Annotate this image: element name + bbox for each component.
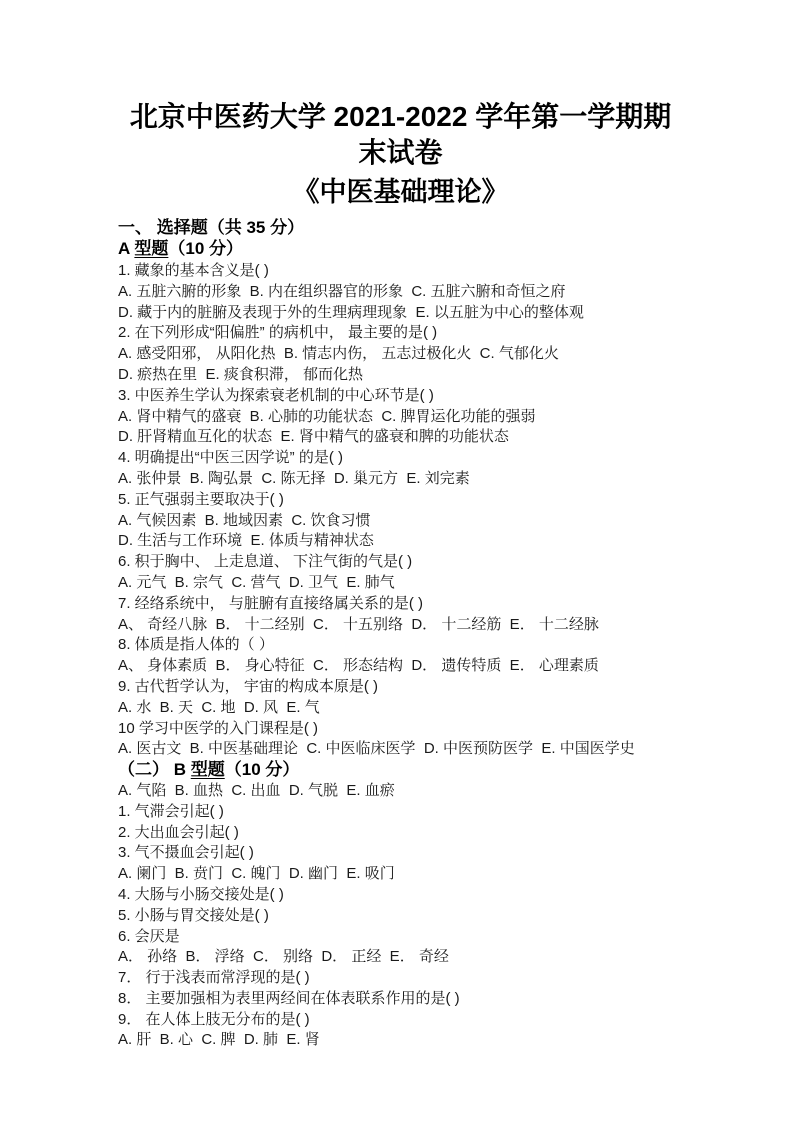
options-line: D. 瘀热在里 E. 痰食积滞， 郁而化热 xyxy=(118,365,683,386)
options-line: D. 生活与工作环境 E. 体质与精神状态 xyxy=(118,531,683,552)
options-line: D. 藏于内的脏腑及表现于外的生理病理现象 E. 以五脏为中心的整体观 xyxy=(118,303,683,324)
question-line: 5. 正气强弱主要取决于( ) xyxy=(118,490,683,511)
question-line: 3. 中医养生学认为探索衰老机制的中心环节是( ) xyxy=(118,386,683,407)
options-line: A、 奇经八脉 B． 十二经别 C． 十五别络 D． 十二经筋 E． 十二经脉 xyxy=(118,615,683,636)
section-heading-choice: 一、 选择题（共 35 分） xyxy=(118,217,683,238)
question-line: 6. 积于胸中、 上走息道、 下注气街的气是( ) xyxy=(118,552,683,573)
question-line: 4. 大肠与小肠交接处是( ) xyxy=(118,885,683,906)
options-line: A. 肝 B. 心 C. 脾 D. 肺 E. 肾 xyxy=(118,1030,683,1051)
b-type-heading-underlined: 型题 xyxy=(191,760,225,779)
question-line: 9． 在人体上肢无分布的是( ) xyxy=(118,1010,683,1031)
options-line: A. 水 B. 天 C. 地 D. 风 E. 气 xyxy=(118,698,683,719)
options-line: A. 张仲景 B. 陶弘景 C. 陈无择 D. 巢元方 E. 刘完素 xyxy=(118,469,683,490)
page-subtitle: 《中医基础理论》 xyxy=(118,177,683,207)
options-line: A. 阑门 B. 贲门 C. 魄门 D. 幽门 E. 吸门 xyxy=(118,864,683,885)
question-line: 3. 气不摄血会引起( ) xyxy=(118,843,683,864)
question-line: 7． 行于浅表而常浮现的是( ) xyxy=(118,968,683,989)
a-type-heading: A 型题（10 分） xyxy=(118,238,683,259)
question-line: 1. 藏象的基本含义是( ) xyxy=(118,261,683,282)
question-line: 2. 大出血会引起( ) xyxy=(118,823,683,844)
question-line: 2. 在下列形成“阳偏胜” 的病机中， 最主要的是( ) xyxy=(118,323,683,344)
b-type-heading-prefix: （二） B xyxy=(118,760,191,779)
question-line: 1. 气滞会引起( ) xyxy=(118,802,683,823)
exam-page: 北京中医药大学 2021-2022 学年第一学期期末试卷 《中医基础理论》 一、… xyxy=(0,0,793,1122)
options-line: A. 感受阳邪， 从阳化热 B. 情志内伤， 五志过极化火 C. 气郁化火 xyxy=(118,344,683,365)
options-line: A. 肾中精气的盛衰 B. 心肺的功能状态 C. 脾胃运化功能的强弱 xyxy=(118,407,683,428)
options-line: A、 身体素质 B． 身心特征 C． 形态结构 D． 遗传特质 E． 心理素质 xyxy=(118,656,683,677)
question-line: 9. 古代哲学认为， 宇宙的构成本原是( ) xyxy=(118,677,683,698)
question-line: 7. 经络系统中， 与脏腑有直接络属关系的是( ) xyxy=(118,594,683,615)
question-line: 6. 会厌是 xyxy=(118,927,683,948)
exam-content: 北京中医药大学 2021-2022 学年第一学期期末试卷 《中医基础理论》 一、… xyxy=(0,0,793,1051)
options-line: D. 肝肾精血互化的状态 E. 肾中精气的盛衰和脾的功能状态 xyxy=(118,427,683,448)
options-line: A. 气陷 B. 血热 C. 出血 D. 气脱 E. 血瘀 xyxy=(118,781,683,802)
question-line: 4. 明确提出“中医三因学说” 的是( ) xyxy=(118,448,683,469)
options-line: A． 孙络 B． 浮络 C． 别络 D． 正经 E． 奇经 xyxy=(118,947,683,968)
b-type-heading-suffix: （10 分） xyxy=(225,760,300,779)
options-line: A. 医古文 B. 中医基础理论 C. 中医临床医学 D. 中医预防医学 E. … xyxy=(118,739,683,760)
question-line: 8. 体质是指人体的（ ） xyxy=(118,635,683,656)
a-type-heading-prefix: A xyxy=(118,239,134,258)
a-type-heading-underlined: 型题 xyxy=(134,239,168,258)
a-type-heading-suffix: （10 分） xyxy=(168,239,243,258)
options-line: A. 气候因素 B. 地域因素 C. 饮食习惯 xyxy=(118,511,683,532)
b-type-heading: （二） B 型题（10 分） xyxy=(118,760,683,781)
question-line: 8． 主要加强相为表里两经间在体表联系作用的是( ) xyxy=(118,989,683,1010)
page-title: 北京中医药大学 2021-2022 学年第一学期期末试卷 xyxy=(118,99,683,171)
question-line: 10 学习中医学的入门课程是( ) xyxy=(118,719,683,740)
options-line: A. 五脏六腑的形象 B. 内在组织器官的形象 C. 五脏六腑和奇恒之府 xyxy=(118,282,683,303)
question-line: 5. 小肠与胃交接处是( ) xyxy=(118,906,683,927)
options-line: A. 元气 B. 宗气 C. 营气 D. 卫气 E. 肺气 xyxy=(118,573,683,594)
